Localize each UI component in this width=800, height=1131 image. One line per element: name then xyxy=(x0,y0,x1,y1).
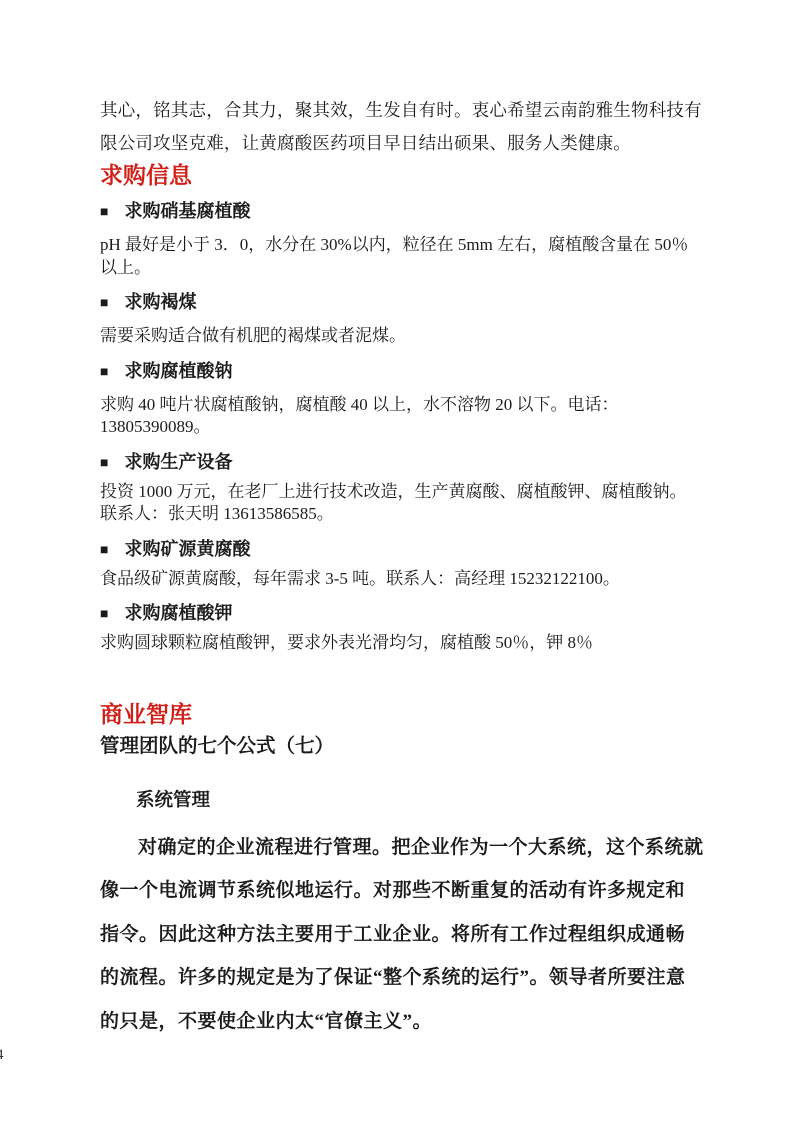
item-title: 求购硝基腐植酸 xyxy=(124,201,250,221)
item-body: 需要采购适合做有机肥的褐煤或者泥煤。 xyxy=(100,325,704,348)
page-number: 4 xyxy=(0,1047,4,1064)
item-title: 求购褐煤 xyxy=(124,292,196,312)
article-title: 管理团队的七个公式（七） xyxy=(100,735,704,759)
item-body-line: pH 最好是小于 3．0，水分在 30%以内，粒径在 5mm 左右，腐植酸含量在… xyxy=(100,234,704,279)
square-bullet-icon: ■ xyxy=(100,365,108,380)
purchase-item: ■求购生产设备 投资 1000 万元，在老厂上进行技术改造，生产黄腐酸、腐植酸钾… xyxy=(100,451,704,526)
item-body: 投资 1000 万元，在老厂上进行技术改造，生产黄腐酸、腐植酸钾、腐植酸钠。 联… xyxy=(100,481,704,526)
item-heading: ■求购褐煤 xyxy=(100,291,704,316)
item-body-line: 求购 40 吨片状腐植酸钠，腐植酸 40 以上，水不溶物 20 以下。电话：13… xyxy=(100,394,704,439)
purchase-item: ■求购腐植酸钠 求购 40 吨片状腐植酸钠，腐植酸 40 以上，水不溶物 20 … xyxy=(100,360,704,439)
section-heading-thinktank: 商业智库 xyxy=(100,701,704,727)
purchase-item: ■求购褐煤 需要采购适合做有机肥的褐煤或者泥煤。 xyxy=(100,291,704,348)
section-heading-purchase-info: 求购信息 xyxy=(100,162,704,188)
item-title: 求购腐植酸钾 xyxy=(124,603,232,623)
intro-paragraph: 其心，铭其志，合其力，聚其效，生发自有时。衷心希望云南韵雅生物科技有限公司攻坚克… xyxy=(100,94,704,160)
item-title: 求购生产设备 xyxy=(124,452,232,472)
item-heading: ■求购生产设备 xyxy=(100,451,704,476)
item-title: 求购矿源黄腐酸 xyxy=(124,539,250,559)
article-subtitle: 系统管理 xyxy=(136,786,704,812)
item-title: 求购腐植酸钠 xyxy=(124,361,232,381)
purchase-item: ■求购矿源黄腐酸 食品级矿源黄腐酸，每年需求 3-5 吨。联系人：高经理 152… xyxy=(100,538,704,591)
document-page: 其心，铭其志，合其力，聚其效，生发自有时。衷心希望云南韵雅生物科技有限公司攻坚克… xyxy=(100,94,704,1043)
article-paragraph: 对确定的企业流程进行管理。把企业作为一个大系统，这个系统就像一个电流调节系统似地… xyxy=(100,826,704,1044)
purchase-item: ■求购硝基腐植酸 pH 最好是小于 3．0，水分在 30%以内，粒径在 5mm … xyxy=(100,200,704,279)
thinktank-section: 商业智库 管理团队的七个公式（七） 系统管理 对确定的企业流程进行管理。把企业作… xyxy=(100,701,704,1044)
item-body-line: 求购圆球颗粒腐植酸钾，要求外表光滑均匀，腐植酸 50％，钾 8％ xyxy=(100,632,704,655)
item-heading: ■求购腐植酸钠 xyxy=(100,360,704,385)
item-heading: ■求购硝基腐植酸 xyxy=(100,200,704,225)
item-heading: ■求购腐植酸钾 xyxy=(100,602,704,627)
purchase-item: ■求购腐植酸钾 求购圆球颗粒腐植酸钾，要求外表光滑均匀，腐植酸 50％，钾 8％ xyxy=(100,602,704,655)
item-body-line: 食品级矿源黄腐酸，每年需求 3-5 吨。联系人：高经理 15232122100。 xyxy=(100,568,704,591)
item-body-line: 联系人：张天明 13613586585。 xyxy=(100,503,704,526)
item-heading: ■求购矿源黄腐酸 xyxy=(100,538,704,563)
square-bullet-icon: ■ xyxy=(100,543,108,558)
square-bullet-icon: ■ xyxy=(100,296,108,311)
square-bullet-icon: ■ xyxy=(100,205,108,220)
square-bullet-icon: ■ xyxy=(100,607,108,622)
square-bullet-icon: ■ xyxy=(100,456,108,471)
item-body-line: 投资 1000 万元，在老厂上进行技术改造，生产黄腐酸、腐植酸钾、腐植酸钠。 xyxy=(100,481,704,504)
item-body: 求购圆球颗粒腐植酸钾，要求外表光滑均匀，腐植酸 50％，钾 8％ xyxy=(100,632,704,655)
item-body: 食品级矿源黄腐酸，每年需求 3-5 吨。联系人：高经理 15232122100。 xyxy=(100,568,704,591)
item-body-line: 需要采购适合做有机肥的褐煤或者泥煤。 xyxy=(100,325,704,348)
item-body: 求购 40 吨片状腐植酸钠，腐植酸 40 以上，水不溶物 20 以下。电话：13… xyxy=(100,394,704,439)
item-body: pH 最好是小于 3．0，水分在 30%以内，粒径在 5mm 左右，腐植酸含量在… xyxy=(100,234,704,279)
